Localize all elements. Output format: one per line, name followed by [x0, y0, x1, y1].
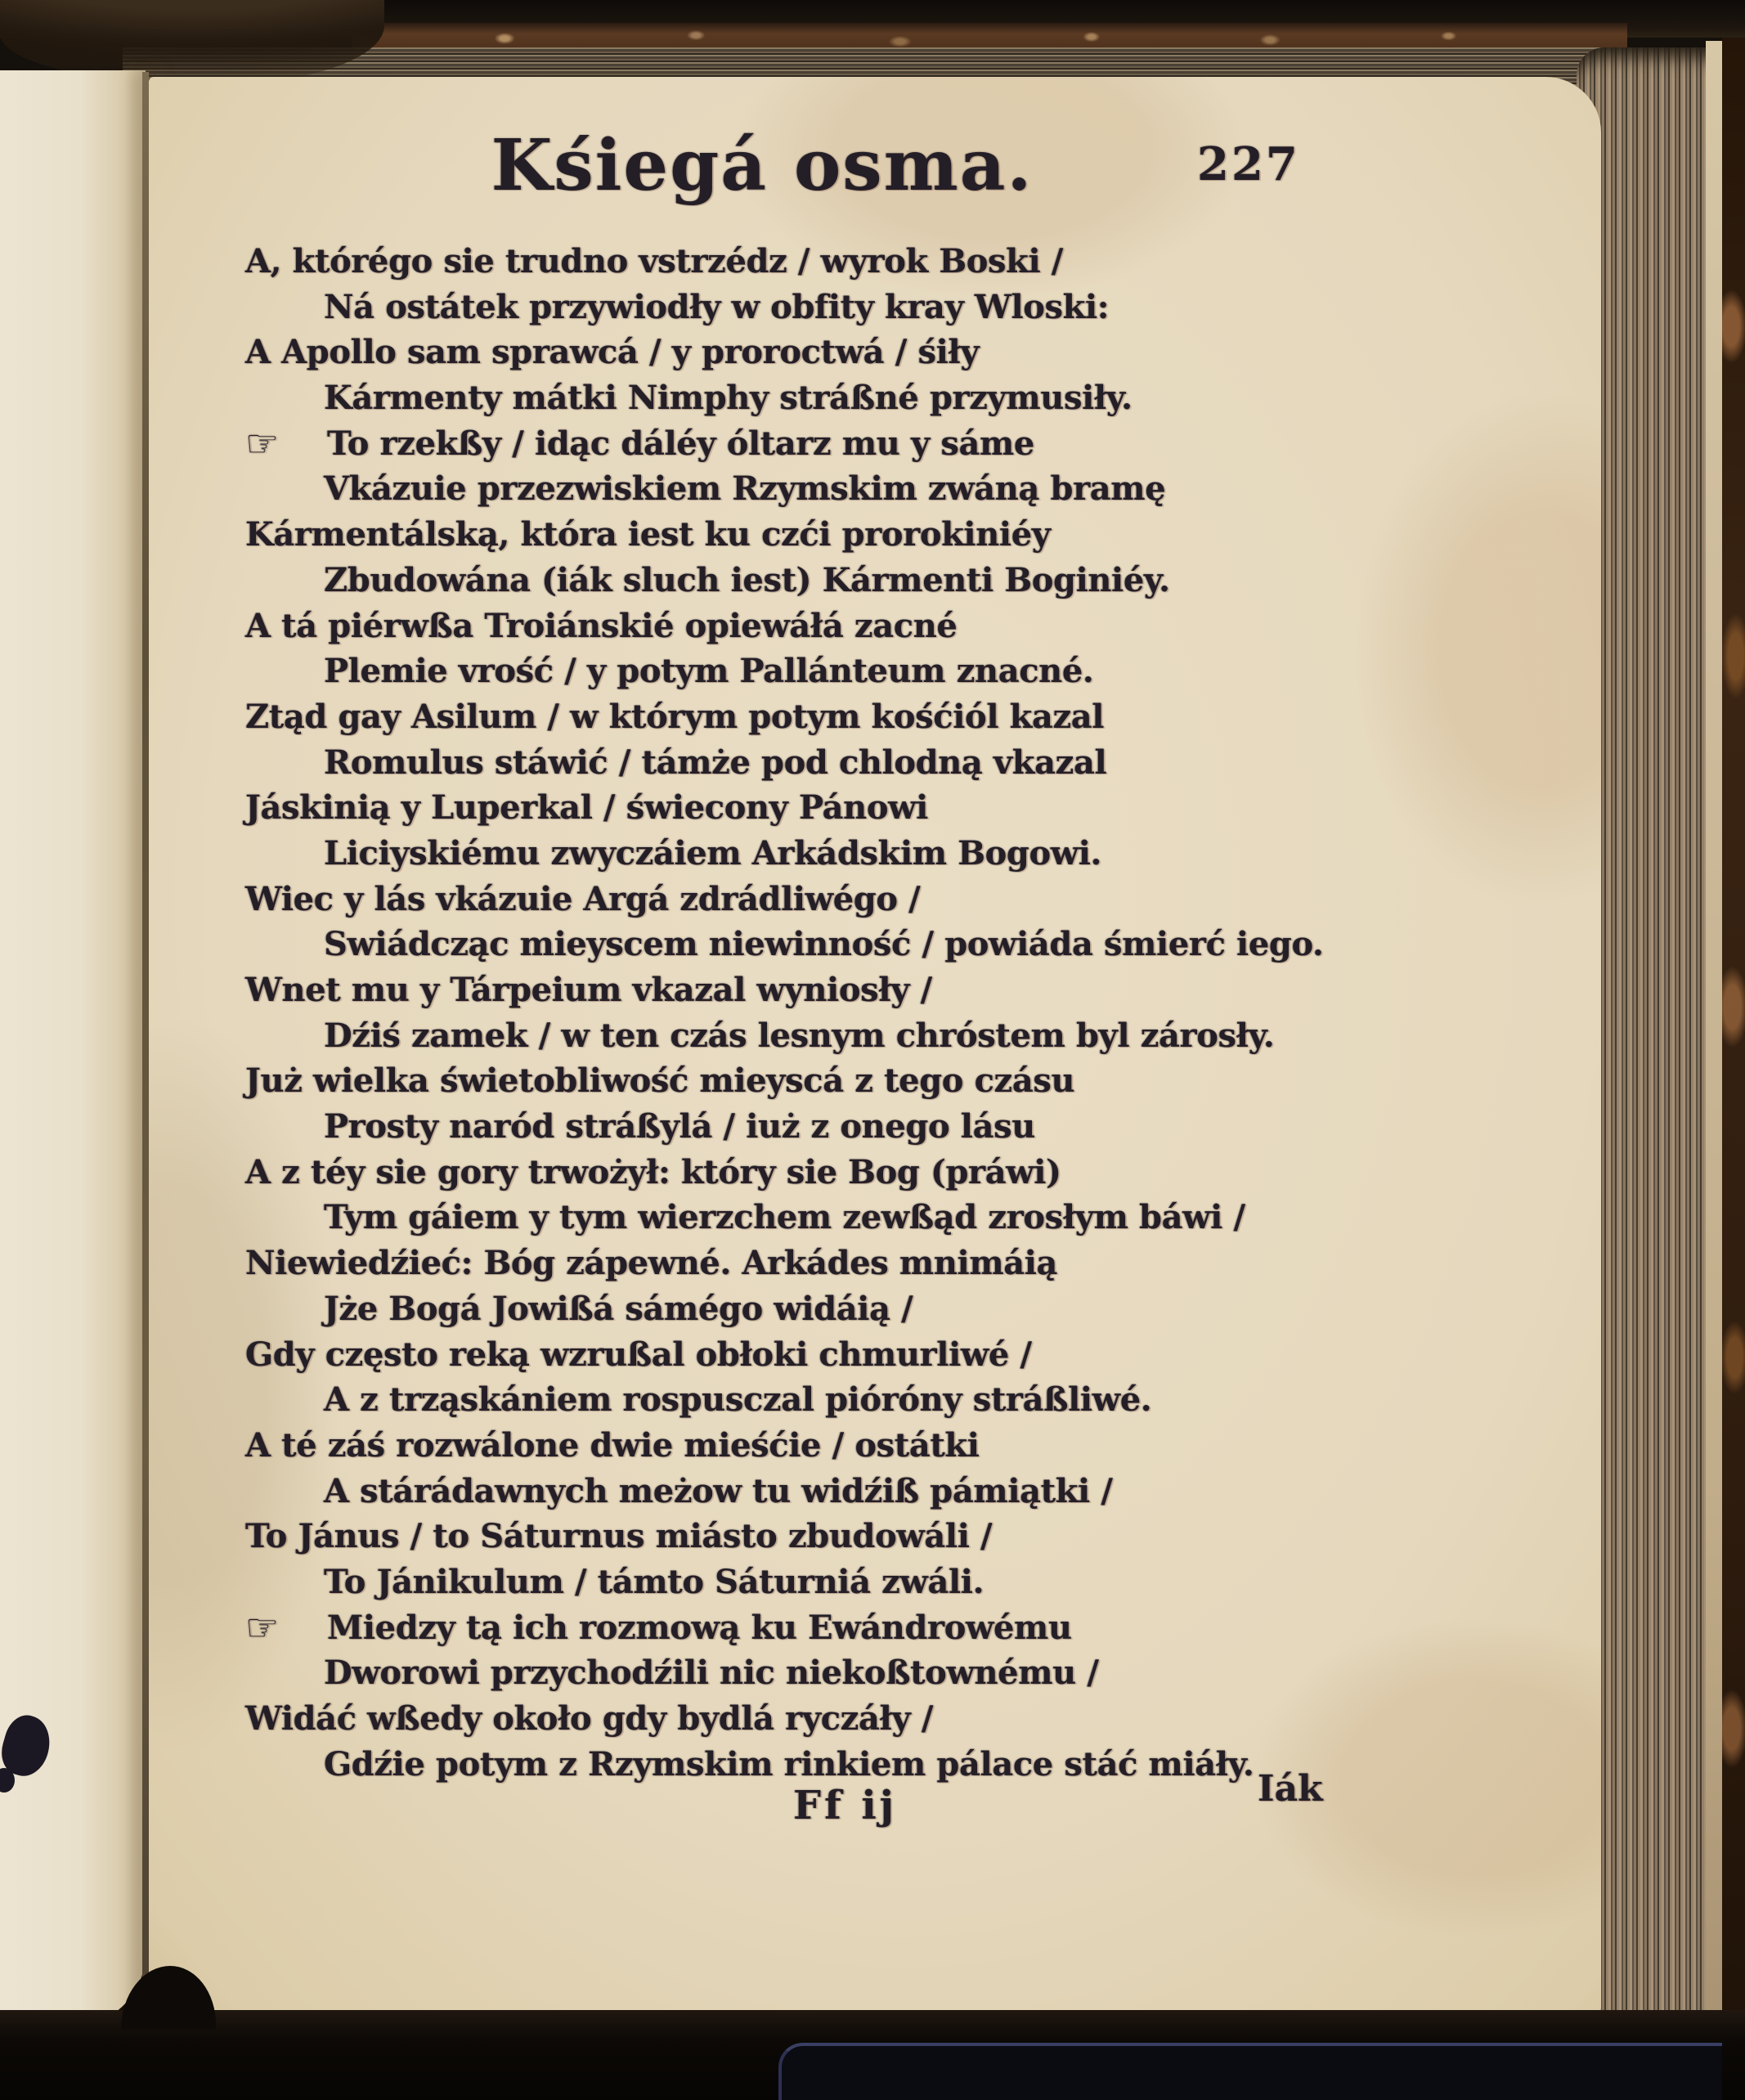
signature-mark: Ff ij [793, 1783, 897, 1829]
verse-line-text: Gdy często reką wzrußal obłoki chmurliwé… [245, 1335, 1032, 1374]
verse-line: ☞Miedzy tą ich rozmową ku Ewándrowému [245, 1605, 1570, 1651]
verse-line-text: A, którégo sie trudno vstrzédz / wyrok B… [245, 242, 1063, 280]
verse-line-text: Już wielka świetobliwość mieyscá z tego … [245, 1061, 1074, 1100]
catchword: Iák [1258, 1768, 1323, 1810]
verse-line: Zbudowána (iák sluch iest) Kármenti Bogi… [245, 558, 1570, 604]
verse-line: Swiádcząc mieyscem niewinność / powiáda … [245, 922, 1570, 967]
book-page: Kśiegá osma. 227 A, którégo sie trudno v… [149, 77, 1601, 2028]
verse-line-text: Ná ostátek przywiodły w obfity kray Wlos… [324, 288, 1109, 326]
verse-line: Już wielka świetobliwość mieyscá z tego … [245, 1058, 1570, 1104]
manicule-icon: ☞ [245, 1605, 327, 1651]
verse-line-text: Zbudowána (iák sluch iest) Kármenti Bogi… [324, 561, 1170, 599]
verse-line-text: To rzekßy / idąc dáléy óltarz mu y sáme [327, 424, 1034, 463]
verse-line: Tym gáiem y tym wierzchem zewßąd zrosłym… [245, 1195, 1570, 1241]
bottom-cover-board-corner [778, 2043, 1722, 2100]
verse-line: Kármentálską, która iest ku czći proroki… [245, 512, 1570, 558]
marbled-cover-board [1722, 38, 1745, 2100]
verse-line-text: A z téy sie gory trwożył: który sie Bog … [245, 1153, 1061, 1191]
verse-line: A té záś rozwálone dwie mieśćie / ostátk… [245, 1423, 1570, 1469]
verse-line: Gdźie potym z Rzymskim rinkiem pálace st… [245, 1742, 1570, 1788]
verse-line-text: A tá piérwßa Troiánskié opiewáłá zacné [245, 607, 957, 645]
page-title: Kśiegá osma. [149, 124, 1375, 207]
verse-line-text: A té záś rozwálone dwie mieśćie / ostátk… [245, 1426, 980, 1465]
verse-line-text: Plemie vrość / y potym Pallánteum znacné… [324, 652, 1093, 690]
verse-line: Wiec y lás vkázuie Argá zdrádliwégo / [245, 877, 1570, 922]
verse-line-text: Swiádcząc mieyscem niewinność / powiáda … [324, 925, 1324, 963]
verse-line-text: Ztąd gay Asilum / w którym potym kośćiól… [245, 698, 1104, 736]
verse-line: Jáskinią y Luperkal / świecony Pánowi [245, 785, 1570, 831]
verse-line: Ztąd gay Asilum / w którym potym kośćiól… [245, 694, 1570, 740]
verse-line-text: Wiec y lás vkázuie Argá zdrádliwégo / [245, 880, 920, 918]
verse-line: Liciyskiému zwyczáiem Arkádskim Bogowi. [245, 831, 1570, 877]
verse-line: ☞To rzekßy / idąc dáléy óltarz mu y sáme [245, 421, 1570, 467]
manicule-icon: ☞ [245, 421, 327, 467]
poem-text-block: A, którégo sie trudno vstrzédz / wyrok B… [245, 239, 1570, 1787]
verse-line-text: Widáć wßedy około gdy bydlá ryczáły / [245, 1699, 933, 1738]
verse-line: Widáć wßedy około gdy bydlá ryczáły / [245, 1696, 1570, 1742]
verse-line: Niewiedźieć: Bóg zápewné. Arkádes mnimái… [245, 1241, 1570, 1286]
verse-line: Vkázuie przezwiskiem Rzymskim zwáną bram… [245, 466, 1570, 512]
verse-line-text: Prosty naród stráßylá / iuż z onego lásu [324, 1107, 1035, 1146]
verse-line: To Jánus / to Sáturnus miásto zbudowáli … [245, 1514, 1570, 1559]
verse-line-text: A Apollo sam sprawcá / y proroctwá / śił… [245, 333, 979, 371]
verse-line-text: Kármentálską, która iest ku czći proroki… [245, 515, 1051, 554]
verse-line-text: Jże Bogá Jowißá sámégo widáią / [324, 1290, 913, 1328]
verse-line-text: Liciyskiému zwyczáiem Arkádskim Bogowi. [324, 834, 1101, 873]
verse-line-text: Wnet mu y Tárpeium vkazal wyniosły / [245, 971, 932, 1009]
verse-line-text: Jáskinią y Luperkal / świecony Pánowi [245, 788, 928, 827]
book-photograph: Kśiegá osma. 227 A, którégo sie trudno v… [0, 0, 1745, 2100]
verse-line: A tá piérwßa Troiánskié opiewáłá zacné [245, 604, 1570, 649]
verse-line-text: Miedzy tą ich rozmową ku Ewándrowému [327, 1609, 1072, 1647]
verse-line: A z trząskániem rospusczal pióróny stráß… [245, 1377, 1570, 1423]
verse-line: Jże Bogá Jowißá sámégo widáią / [245, 1286, 1570, 1332]
verse-line: To Jánikulum / támto Sáturniá zwáli. [245, 1559, 1570, 1605]
verse-line-text: Vkázuie przezwiskiem Rzymskim zwáną bram… [324, 469, 1165, 508]
page-number: 227 [1197, 137, 1300, 191]
verse-line: A stárádawnych meżow tu widźiß pámiątki … [245, 1469, 1570, 1514]
verse-line-text: Dworowi przychodźili nic niekoßtownému / [324, 1654, 1099, 1692]
verse-line-text: Romulus stáwić / támże pod chlodną vkaza… [324, 743, 1106, 782]
verse-line-text: Dźiś zamek / w ten czás lesnym chróstem … [324, 1016, 1274, 1055]
verse-line: Wnet mu y Tárpeium vkazal wyniosły / [245, 967, 1570, 1013]
verse-line: A Apollo sam sprawcá / y proroctwá / śił… [245, 330, 1570, 375]
verse-line-text: Kármenty mátki Nimphy stráßné przymusiły… [324, 379, 1133, 417]
verse-line: Romulus stáwić / támże pod chlodną vkaza… [245, 740, 1570, 786]
verse-line: Dźiś zamek / w ten czás lesnym chróstem … [245, 1013, 1570, 1059]
verse-line-text: A z trząskániem rospusczal pióróny stráß… [324, 1380, 1151, 1419]
verse-line: A z téy sie gory trwożył: który sie Bog … [245, 1150, 1570, 1196]
verse-line: Ná ostátek przywiodły w obfity kray Wlos… [245, 285, 1570, 330]
verse-line: Plemie vrość / y potym Pallánteum znacné… [245, 648, 1570, 694]
verse-line-text: Tym gáiem y tym wierzchem zewßąd zrosłym… [324, 1198, 1245, 1236]
verse-line: Prosty naród stráßylá / iuż z onego lásu [245, 1104, 1570, 1150]
verse-line-text: Niewiedźieć: Bóg zápewné. Arkádes mnimái… [245, 1244, 1057, 1282]
verse-line: A, którégo sie trudno vstrzédz / wyrok B… [245, 239, 1570, 285]
verse-line-text: Gdźie potym z Rzymskim rinkiem pálace st… [324, 1745, 1254, 1784]
gutter-fold [142, 72, 149, 2018]
verse-line-text: To Jánus / to Sáturnus miásto zbudowáli … [245, 1517, 992, 1555]
verse-line: Gdy często reką wzrußal obłoki chmurliwé… [245, 1332, 1570, 1378]
verse-line: Dworowi przychodźili nic niekoßtownému / [245, 1650, 1570, 1696]
verse-line-text: To Jánikulum / támto Sáturniá zwáli. [324, 1563, 984, 1601]
verse-line-text: A stárádawnych meżow tu widźiß pámiątki … [324, 1472, 1113, 1510]
verse-line: Kármenty mátki Nimphy stráßné przymusiły… [245, 375, 1570, 421]
